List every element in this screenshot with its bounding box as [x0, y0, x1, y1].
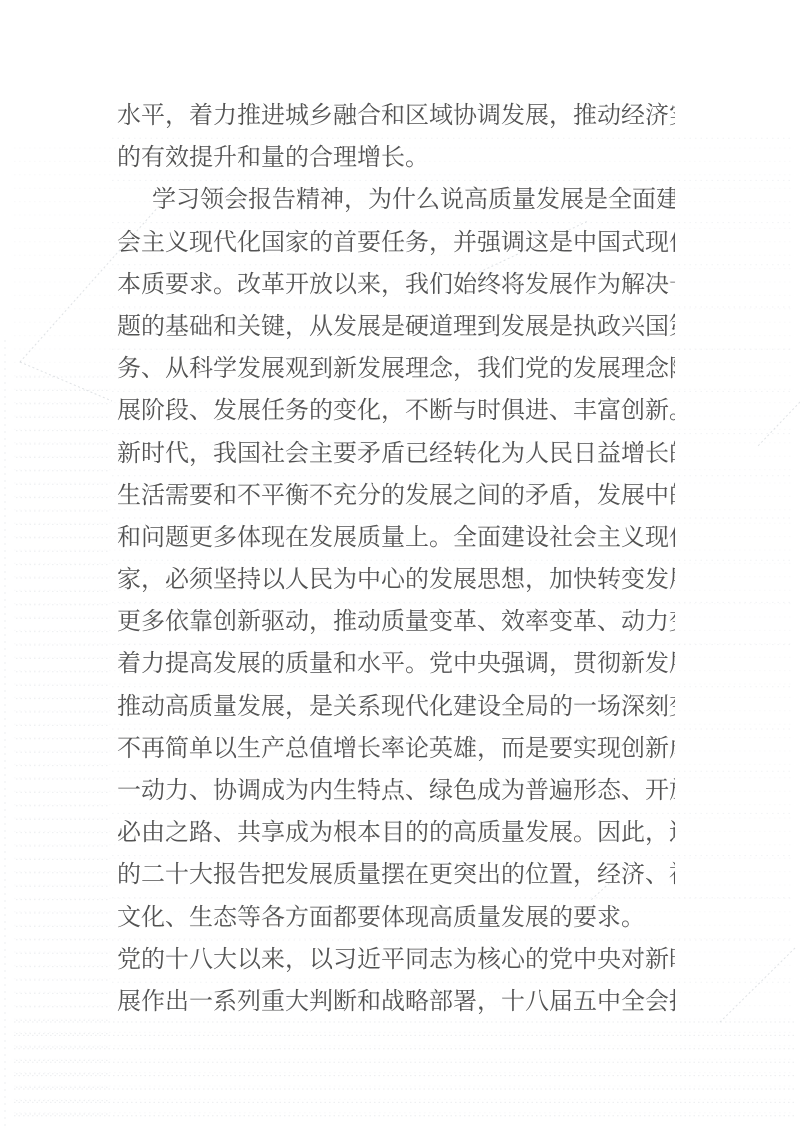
- text-line: 必由之路、共享成为根本目的的高质量发展。因此，这次党: [117, 811, 675, 853]
- text-line: 的有效提升和量的合理增长。: [117, 136, 675, 178]
- text-line: 新时代，我国社会主要矛盾已经转化为人民日益增长的美好: [117, 432, 675, 474]
- scanned-document-page: 水平，着力推进城乡融合和区域协调发展，推动经济实现质的有效提升和量的合理增长。学…: [0, 0, 800, 1131]
- text-line: 生活需要和不平衡不充分的发展之间的矛盾，发展中的矛盾: [117, 474, 675, 516]
- paragraph: 水平，着力推进城乡融合和区域协调发展，推动经济实现质的有效提升和量的合理增长。: [117, 94, 675, 178]
- text-line: 更多依靠创新驱动，推动质量变革、效率变革、动力变革，: [117, 600, 675, 642]
- text-line: 党的十八大以来，以习近平同志为核心的党中央对新时代发: [117, 938, 675, 980]
- paragraph: 党的十八大以来，以习近平同志为核心的党中央对新时代发展作出一系列重大判断和战略部…: [117, 938, 675, 1022]
- text-line: 本质要求。改革开放以来，我们始终将发展作为解决一切问: [117, 263, 675, 305]
- text-line: 务、从科学发展观到新发展理念，我们党的发展理念随着发: [117, 347, 675, 389]
- text-line: 展作出一系列重大判断和战略部署，十八届五中全会提出创: [117, 980, 675, 1022]
- document-body: 水平，着力推进城乡融合和区域协调发展，推动经济实现质的有效提升和量的合理增长。学…: [117, 94, 675, 1022]
- scan-artifact-line: [20, 362, 112, 401]
- text-line: 学习领会报告精神，为什么说高质量发展是全面建设社: [117, 178, 675, 220]
- text-line: 着力提高发展的质量和水平。党中央强调，贯彻新发展理念、: [117, 642, 675, 684]
- text-line: 水平，着力推进城乡融合和区域协调发展，推动经济实现质: [117, 94, 675, 136]
- scan-artifact-line: [757, 402, 800, 447]
- text-line: 展阶段、发展任务的变化，不断与时俱进、丰富创新。进入: [117, 389, 675, 431]
- text-line: 一动力、协调成为内生特点、绿色成为普遍形态、开放成为: [117, 769, 675, 811]
- text-line: 的二十大报告把发展质量摆在更突出的位置，经济、社会、: [117, 853, 675, 895]
- text-line: 会主义现代化国家的首要任务，并强调这是中国式现代化的: [117, 221, 675, 263]
- text-line: 不再简单以生产总值增长率论英雄，而是要实现创新成为第: [117, 727, 675, 769]
- text-line: 题的基础和关键，从发展是硬道理到发展是执政兴国第一要: [117, 305, 675, 347]
- text-line: 推动高质量发展，是关系现代化建设全局的一场深刻变革，: [117, 685, 675, 727]
- text-line: 和问题更多体现在发展质量上。全面建设社会主义现代化国: [117, 516, 675, 558]
- text-line: 家，必须坚持以人民为中心的发展思想，加快转变发展方式，: [117, 558, 675, 600]
- text-line: 文化、生态等各方面都要体现高质量发展的要求。: [117, 896, 675, 938]
- scan-artifact-line: [718, 948, 795, 1024]
- paragraph: 学习领会报告精神，为什么说高质量发展是全面建设社会主义现代化国家的首要任务，并强…: [117, 178, 675, 937]
